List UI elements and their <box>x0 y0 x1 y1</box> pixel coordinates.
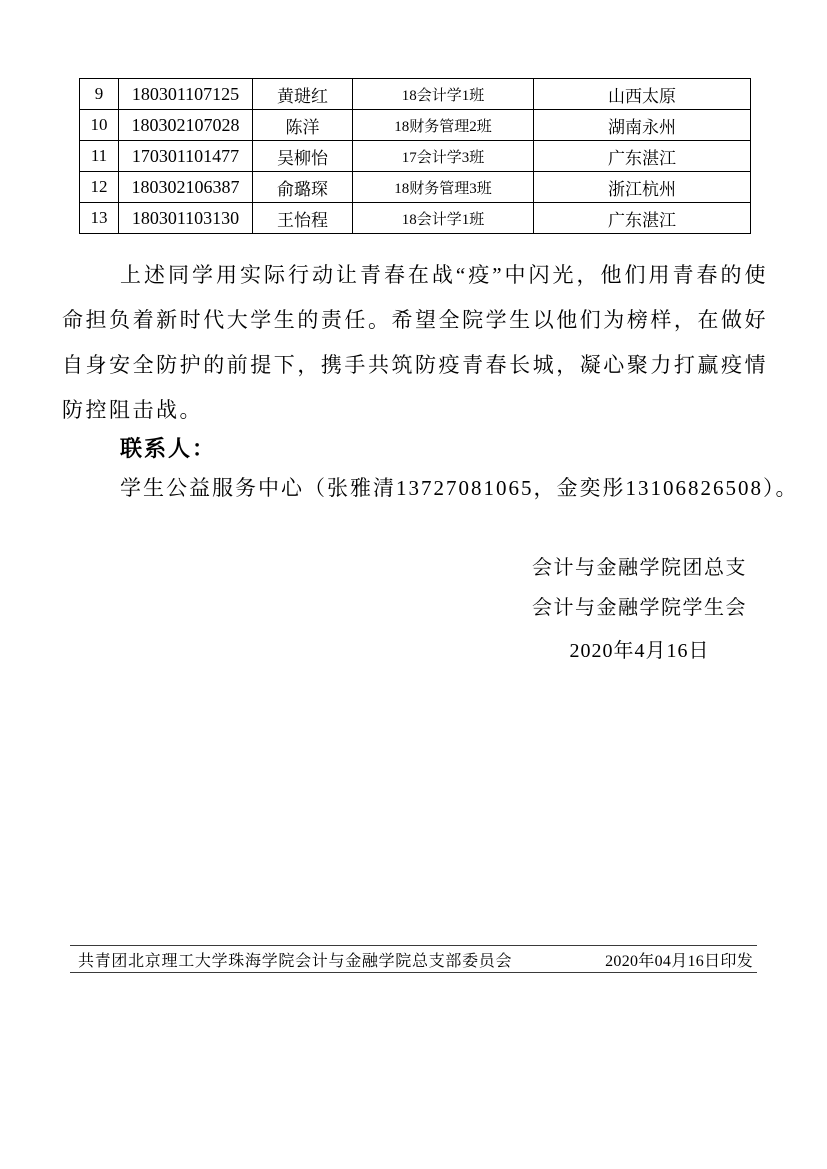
cell-row-number: 11 <box>80 141 119 172</box>
cell-location: 山西太原 <box>534 79 751 110</box>
cell-class: 18会计学1班 <box>353 79 534 110</box>
cell-student-id: 170301101477 <box>119 141 253 172</box>
cell-location: 广东湛江 <box>534 203 751 234</box>
cell-class: 18财务管理3班 <box>353 172 534 203</box>
student-roster-table: 9 180301107125 黄琎红 18会计学1班 山西太原 10 18030… <box>79 78 751 234</box>
cell-class: 18会计学1班 <box>353 203 534 234</box>
cell-row-number: 13 <box>80 203 119 234</box>
signature-date: 2020年4月16日 <box>532 631 747 671</box>
footer-issuer: 共青团北京理工大学珠海学院会计与金融学院总支部委员会 <box>78 948 512 971</box>
cell-student-id: 180302107028 <box>119 110 253 141</box>
cell-student-id: 180301103130 <box>119 203 253 234</box>
table-row: 9 180301107125 黄琎红 18会计学1班 山西太原 <box>80 79 751 110</box>
cell-student-name: 王怡程 <box>253 203 353 234</box>
cell-class: 18财务管理2班 <box>353 110 534 141</box>
footer-issuance-bar: 共青团北京理工大学珠海学院会计与金融学院总支部委员会 2020年04月16日印发 <box>70 945 757 973</box>
cell-student-name: 黄琎红 <box>253 79 353 110</box>
table-row: 12 180302106387 俞璐琛 18财务管理3班 浙江杭州 <box>80 172 751 203</box>
cell-student-name: 吴柳怡 <box>253 141 353 172</box>
contact-line: 学生公益服务中心（张雅清13727081065，金奕彤13106826508）。 <box>120 472 799 502</box>
cell-row-number: 12 <box>80 172 119 203</box>
cell-student-name: 俞璐琛 <box>253 172 353 203</box>
document-page: 9 180301107125 黄琎红 18会计学1班 山西太原 10 18030… <box>0 0 827 1169</box>
signature-line-youth-league: 会计与金融学院团总支 <box>532 548 747 588</box>
cell-location: 浙江杭州 <box>534 172 751 203</box>
cell-row-number: 10 <box>80 110 119 141</box>
cell-student-name: 陈洋 <box>253 110 353 141</box>
cell-row-number: 9 <box>80 79 119 110</box>
cell-student-id: 180302106387 <box>119 172 253 203</box>
cell-class: 17会计学3班 <box>353 141 534 172</box>
contact-heading: 联系人： <box>120 432 216 463</box>
signature-line-student-union: 会计与金融学院学生会 <box>532 588 747 628</box>
table-row: 13 180301103130 王怡程 18会计学1班 广东湛江 <box>80 203 751 234</box>
body-paragraph: 上述同学用实际行动让青春在战“疫”中闪光，他们用青春的使命担负着新时代大学生的责… <box>62 253 768 433</box>
footer-print-date: 2020年04月16日印发 <box>605 948 753 971</box>
table-row: 10 180302107028 陈洋 18财务管理2班 湖南永州 <box>80 110 751 141</box>
table-row: 11 170301101477 吴柳怡 17会计学3班 广东湛江 <box>80 141 751 172</box>
cell-location: 湖南永州 <box>534 110 751 141</box>
cell-location: 广东湛江 <box>534 141 751 172</box>
student-roster-body: 9 180301107125 黄琎红 18会计学1班 山西太原 10 18030… <box>80 79 751 234</box>
signature-block: 会计与金融学院团总支 会计与金融学院学生会 2020年4月16日 <box>532 548 747 671</box>
cell-student-id: 180301107125 <box>119 79 253 110</box>
